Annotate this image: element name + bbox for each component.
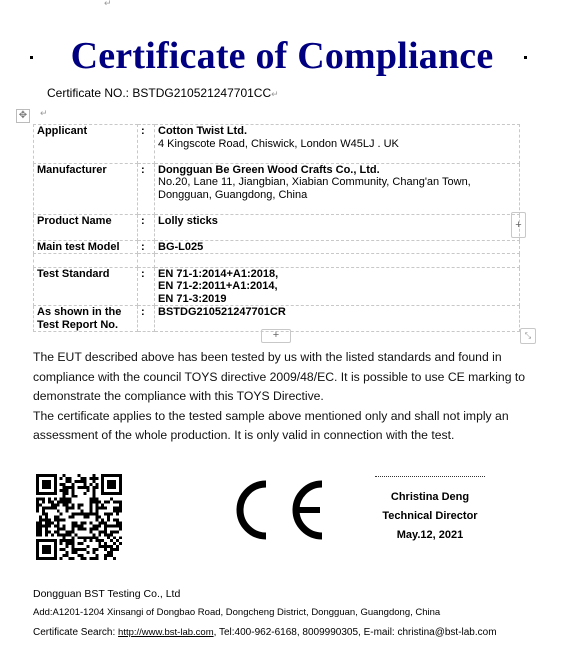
- value-line: EN 71-1:2014+A1:2018,: [158, 268, 516, 281]
- row-colon: :: [138, 240, 155, 254]
- paragraph-mark: ↵: [104, 0, 112, 9]
- signature-line: [375, 476, 485, 477]
- resize-icon: ⤡: [525, 331, 531, 340]
- telephone: Tel:400-962-6168, 8009990305,: [219, 627, 361, 638]
- page-title: Certificate of Compliance: [0, 34, 564, 78]
- row-colon: :: [138, 163, 155, 214]
- table-resize-handle[interactable]: ⤡: [520, 328, 536, 344]
- table-row: Manufacturer:Dongguan Be Green Wood Craf…: [34, 163, 520, 214]
- spacer: [158, 227, 516, 240]
- spacer: [158, 201, 516, 214]
- statement-paragraph-1: The EUT described above has been tested …: [33, 348, 533, 407]
- value-line: Dongguan, Guangdong, China: [158, 189, 516, 202]
- certificate-search: Certificate Search: http://www.bst-lab.c…: [33, 627, 497, 638]
- issuer-company: Dongguan BST Testing Co., Ltd: [33, 588, 180, 600]
- row-value: Lolly sticks: [155, 214, 520, 240]
- move-icon: ✥: [19, 110, 27, 121]
- value-line: [158, 254, 516, 267]
- row-label: [34, 254, 138, 268]
- row-colon: :: [138, 306, 155, 332]
- website-link[interactable]: http://www.bst-lab.com: [118, 627, 214, 638]
- add-row-button[interactable]: +: [261, 329, 291, 343]
- signer-title: Technical Director: [360, 507, 500, 526]
- spacer: [158, 150, 516, 163]
- email: E-mail: christina@bst-lab.com: [364, 627, 497, 638]
- value-line: No.20, Lane 11, Jiangbian, Xiabian Commu…: [158, 176, 516, 189]
- value-line: BSTDG210521247701CR: [158, 306, 516, 319]
- value-line: 4 Kingscote Road, Chiswick, London W45LJ…: [158, 138, 516, 151]
- row-colon: :: [138, 125, 155, 164]
- signer-name: Christina Deng: [360, 488, 500, 507]
- row-value: BG-L025: [155, 240, 520, 254]
- table-move-handle[interactable]: ✥: [16, 109, 30, 123]
- certificate-number-label: Certificate NO.:: [47, 86, 129, 100]
- table-row: Product Name:Lolly sticks: [34, 214, 520, 240]
- search-label: Certificate Search:: [33, 627, 115, 638]
- table-row: Applicant:Cotton Twist Ltd.4 Kingscote R…: [34, 125, 520, 164]
- value-line: EN 71-2:2011+A1:2014,: [158, 280, 516, 293]
- paragraph-mark: ↵: [40, 108, 48, 119]
- value-line: EN 71-3:2019: [158, 293, 516, 306]
- table-row: Main test Model:BG-L025: [34, 240, 520, 254]
- row-value: BSTDG210521247701CR: [155, 306, 520, 332]
- value-line: BG-L025: [158, 241, 516, 254]
- row-label: Product Name: [34, 214, 138, 240]
- value-line: Dongguan Be Green Wood Crafts Co., Ltd.: [158, 164, 516, 177]
- row-label: Main test Model: [34, 240, 138, 254]
- row-label: As shown in the Test Report No.: [34, 306, 138, 332]
- table-row: Test Standard:EN 71-1:2014+A1:2018,EN 71…: [34, 267, 520, 306]
- certificate-number: Certificate NO.: BSTDG210521247701CC↵: [47, 86, 279, 100]
- margin-dot: [524, 56, 527, 59]
- compliance-statement: The EUT described above has been tested …: [33, 348, 533, 446]
- row-value: [155, 254, 520, 268]
- row-label: Applicant: [34, 125, 138, 164]
- row-colon: :: [138, 267, 155, 306]
- qr-code-icon: [36, 474, 122, 560]
- signature-block: Christina Deng Technical Director May.12…: [360, 488, 500, 545]
- table-row: As shown in the Test Report No.:BSTDG210…: [34, 306, 520, 332]
- issuer-address: Add:A1201-1204 Xinsangi of Dongbao Road,…: [33, 607, 440, 618]
- value-line: Lolly sticks: [158, 215, 516, 228]
- row-value: Cotton Twist Ltd.4 Kingscote Road, Chisw…: [155, 125, 520, 164]
- row-colon: [138, 254, 155, 268]
- table-row: [34, 254, 520, 268]
- certificate-number-value: BSTDG210521247701CC: [132, 86, 271, 100]
- row-label: Manufacturer: [34, 163, 138, 214]
- row-label: Test Standard: [34, 267, 138, 306]
- ce-mark-icon: [236, 478, 328, 542]
- signature-date: May.12, 2021: [360, 526, 500, 545]
- row-value: EN 71-1:2014+A1:2018,EN 71-2:2011+A1:201…: [155, 267, 520, 306]
- statement-paragraph-2: The certificate applies to the tested sa…: [33, 407, 533, 446]
- row-colon: :: [138, 214, 155, 240]
- info-table: Applicant:Cotton Twist Ltd.4 Kingscote R…: [33, 124, 520, 332]
- row-value: Dongguan Be Green Wood Crafts Co., Ltd.N…: [155, 163, 520, 214]
- add-column-button[interactable]: +: [511, 212, 526, 238]
- value-line: Cotton Twist Ltd.: [158, 125, 516, 138]
